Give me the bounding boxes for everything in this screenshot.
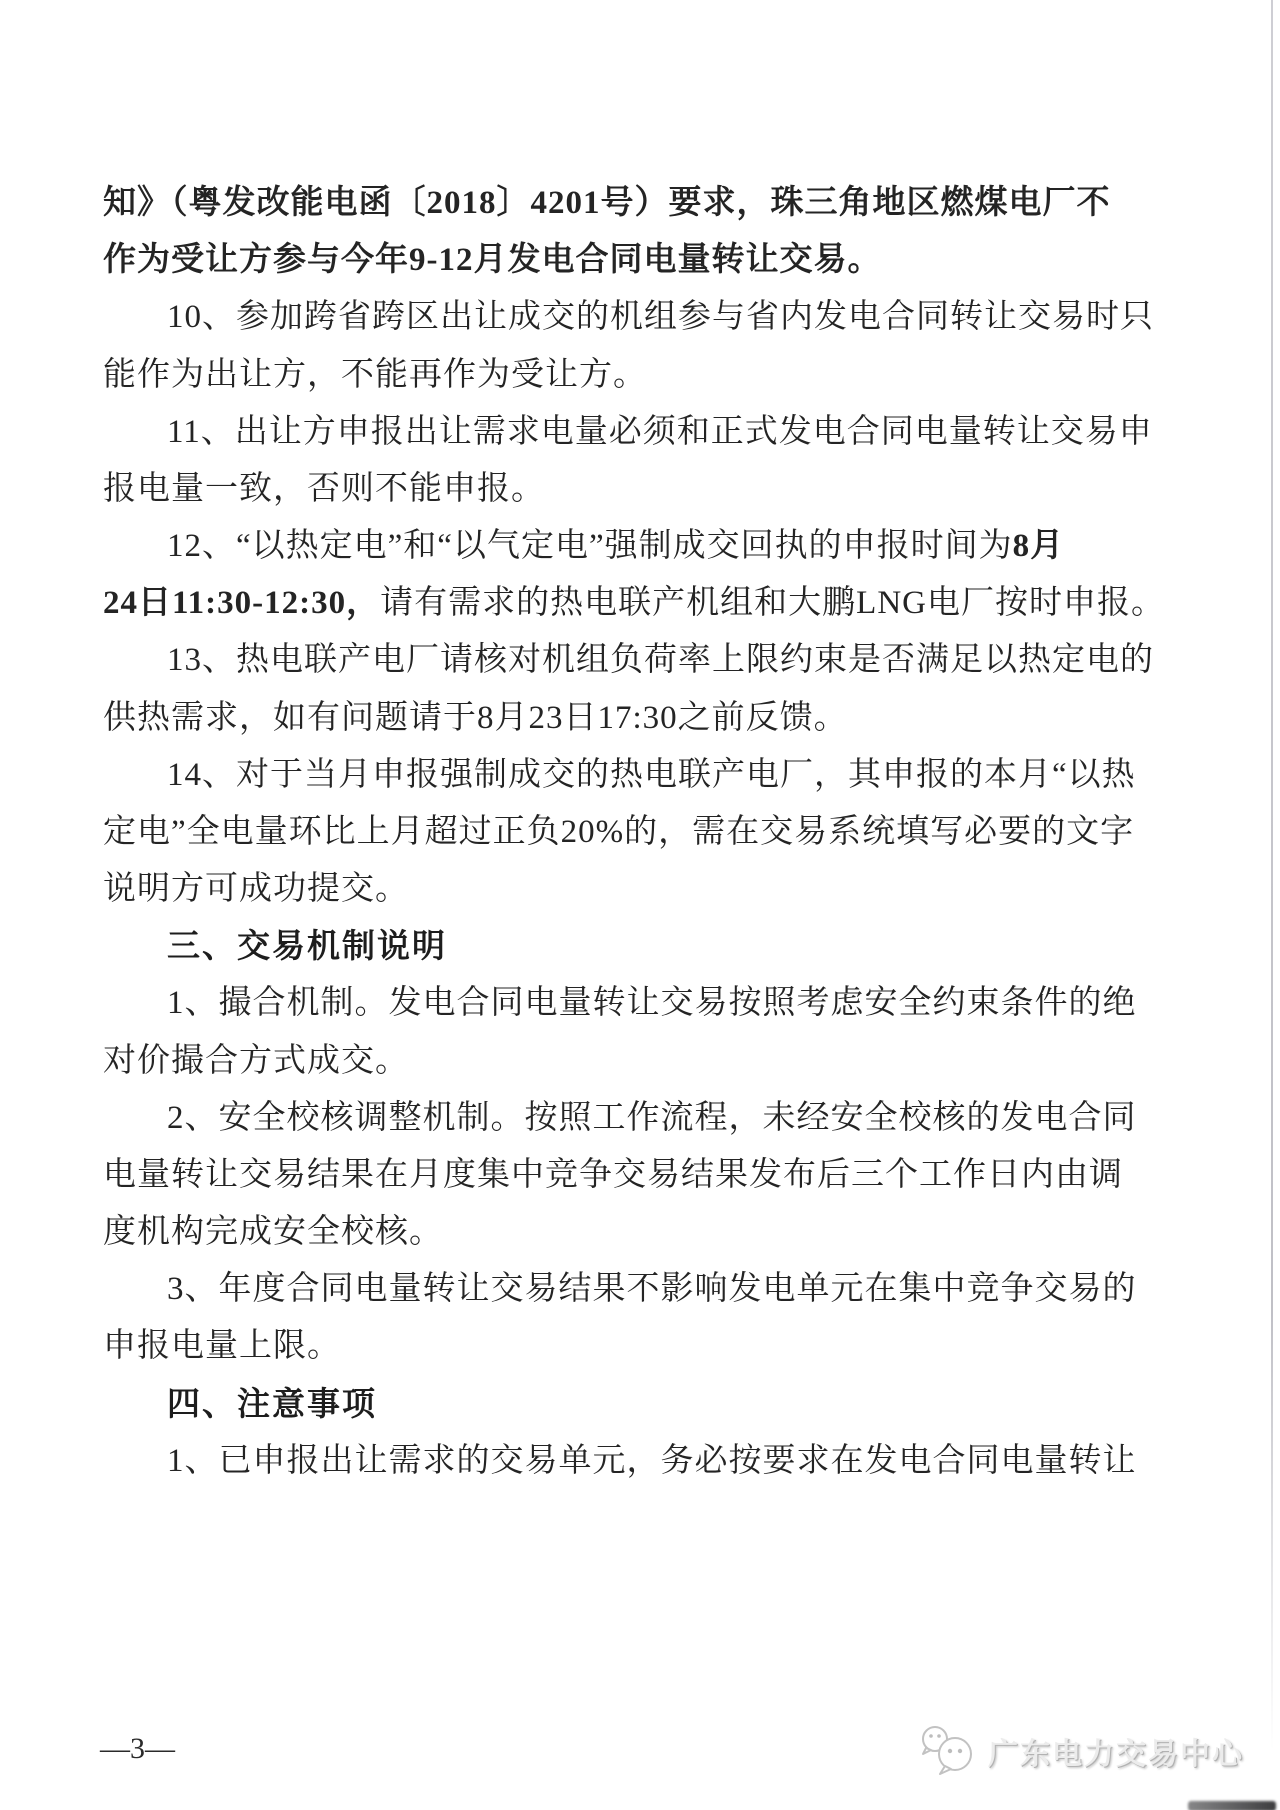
- text-run: 报电量一致，否则不能申报。: [103, 471, 545, 507]
- text-line: 3、年度合同电量转让交易结果不影响发电单元在集中竞争交易的: [167, 1267, 1137, 1311]
- section-heading: 四、注意事项: [167, 1382, 377, 1426]
- text-run: 13、热电联产电厂请核对机组负荷率上限约束是否满足以热定电的: [167, 642, 1154, 678]
- text-run: 知》（粤发改能电函〔2018〕4201号）要求，珠三角地区燃煤电厂不: [103, 185, 1111, 221]
- text-line: 2、安全校核调整机制。按照工作流程，未经安全校核的发电合同: [167, 1096, 1137, 1140]
- text-line: 供热需求，如有问题请于8月23日17:30之前反馈。: [103, 696, 848, 740]
- text-line: 报电量一致，否则不能申报。: [103, 467, 545, 511]
- scan-smudge: [1188, 1801, 1276, 1810]
- text-line: 对价撮合方式成交。: [103, 1039, 409, 1083]
- text-run: 14、对于当月申报强制成交的热电联产电厂，其申报的本月“以热: [167, 757, 1136, 793]
- text-run: 度机构完成安全校核。: [103, 1214, 443, 1250]
- watermark: 广东电力交易中心: [918, 1724, 1244, 1778]
- wechat-icon: [918, 1724, 980, 1778]
- text-line: 知》（粤发改能电函〔2018〕4201号）要求，珠三角地区燃煤电厂不: [103, 181, 1111, 225]
- text-line: 13、热电联产电厂请核对机组负荷率上限约束是否满足以热定电的: [167, 638, 1154, 682]
- text-line: 定电”全电量环比上月超过正负20%的，需在交易系统填写必要的文字: [103, 810, 1134, 854]
- scanned-document-page: 知》（粤发改能电函〔2018〕4201号）要求，珠三角地区燃煤电厂不作为受让方参…: [0, 0, 1280, 1810]
- text-run: 11、出让方申报出让需求电量必须和正式发电合同电量转让交易申: [167, 414, 1153, 450]
- text-line: 能作为出让方，不能再作为受让方。: [103, 353, 647, 397]
- text-run: 三、交易机制说明: [167, 926, 447, 965]
- text-run: 12、“以热定电”和“以气定电”强制成交回执的申报时间为: [167, 528, 1013, 564]
- text-run: 能作为出让方，不能再作为受让方。: [103, 357, 647, 393]
- text-run: 8月: [1013, 528, 1065, 564]
- page-number: —3—: [100, 1732, 175, 1766]
- text-run: 说明方可成功提交。: [103, 871, 409, 907]
- text-line: 24日11:30-12:30，请有需求的热电联产机组和大鹏LNG电厂按时申报。: [103, 581, 1165, 625]
- text-line: 10、参加跨省跨区出让成交的机组参与省内发电合同转让交易时只: [167, 295, 1154, 339]
- watermark-label: 广东电力交易中心: [988, 1729, 1244, 1773]
- text-line: 11、出让方申报出让需求电量必须和正式发电合同电量转让交易申: [167, 410, 1153, 454]
- text-run: 电量转让交易结果在月度集中竞争交易结果发布后三个工作日内由调: [103, 1157, 1123, 1193]
- text-line: 1、已申报出让需求的交易单元，务必按要求在发电合同电量转让: [167, 1439, 1137, 1483]
- text-line: 申报电量上限。: [103, 1324, 341, 1368]
- text-run: 供热需求，如有问题请于8月23日17:30之前反馈。: [103, 700, 848, 736]
- text-run: 1、撮合机制。发电合同电量转让交易按照考虑安全约束条件的绝: [167, 985, 1137, 1021]
- text-line: 14、对于当月申报强制成交的热电联产电厂，其申报的本月“以热: [167, 753, 1136, 797]
- text-run: 24日11:30-12:30，: [103, 585, 380, 621]
- text-line: 12、“以热定电”和“以气定电”强制成交回执的申报时间为8月: [167, 524, 1064, 568]
- text-run: 2、安全校核调整机制。按照工作流程，未经安全校核的发电合同: [167, 1100, 1137, 1136]
- text-line: 1、撮合机制。发电合同电量转让交易按照考虑安全约束条件的绝: [167, 981, 1137, 1025]
- scan-edge-line: [1271, 0, 1273, 1750]
- text-run: 申报电量上限。: [103, 1328, 341, 1364]
- text-run: 3、年度合同电量转让交易结果不影响发电单元在集中竞争交易的: [167, 1271, 1137, 1307]
- text-line: 作为受让方参与今年9-12月发电合同电量转让交易。: [103, 238, 882, 282]
- text-run: 10、参加跨省跨区出让成交的机组参与省内发电合同转让交易时只: [167, 299, 1154, 335]
- section-heading: 三、交易机制说明: [167, 924, 447, 968]
- text-run: 1、已申报出让需求的交易单元，务必按要求在发电合同电量转让: [167, 1443, 1137, 1479]
- text-line: 度机构完成安全校核。: [103, 1210, 443, 1254]
- text-run: 请有需求的热电联产机组和大鹏LNG电厂按时申报。: [380, 585, 1165, 621]
- text-line: 电量转让交易结果在月度集中竞争交易结果发布后三个工作日内由调: [103, 1153, 1123, 1197]
- text-run: 对价撮合方式成交。: [103, 1043, 409, 1079]
- text-run: 定电”全电量环比上月超过正负20%的，需在交易系统填写必要的文字: [103, 814, 1134, 850]
- text-run: 作为受让方参与今年9-12月发电合同电量转让交易。: [103, 242, 882, 278]
- text-run: 四、注意事项: [167, 1384, 377, 1423]
- text-line: 说明方可成功提交。: [103, 867, 409, 911]
